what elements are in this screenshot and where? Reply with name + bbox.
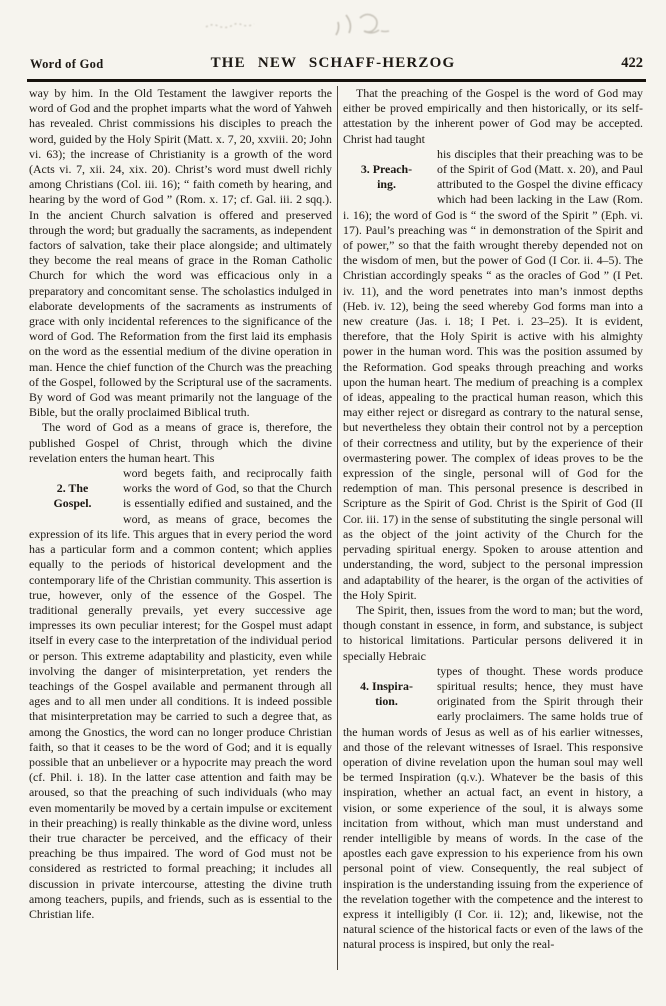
right-column: That the preaching of the Gospel is the … bbox=[343, 86, 643, 968]
section-heading-line: ing. bbox=[343, 177, 430, 192]
left-column: way by him. In the Old Testament the law… bbox=[29, 86, 332, 968]
scanned-page: Word of God THE NEW SCHAFF-HERZOG 422 wa… bbox=[0, 0, 666, 1006]
section-heading-3-preaching: 3. Preach- ing. bbox=[343, 147, 430, 208]
paragraph-continuation: way by him. In the Old Testament the law… bbox=[29, 86, 332, 420]
section-heading-line: 3. Preach- bbox=[343, 162, 430, 177]
section-heading-line: 4. Inspira- bbox=[343, 679, 430, 694]
paragraph-with-cut-in-head: 2. The Gospel. word begets faith, and re… bbox=[29, 466, 332, 922]
section-heading-line: Gospel. bbox=[29, 496, 116, 511]
header-rule bbox=[27, 79, 646, 82]
paragraph: The word of God as a means of grace is, … bbox=[29, 420, 332, 466]
column-divider-rule bbox=[337, 86, 338, 970]
pencil-smudge-marks bbox=[0, 0, 666, 60]
running-head: Word of God THE NEW SCHAFF-HERZOG 422 bbox=[0, 55, 666, 75]
running-head-title-center: THE NEW SCHAFF-HERZOG bbox=[0, 55, 666, 72]
paragraph-with-cut-in-head: 3. Preach- ing. his disciples that their… bbox=[343, 147, 643, 603]
section-heading-2-the-gospel: 2. The Gospel. bbox=[29, 466, 116, 527]
paragraph: That the preaching of the Gospel is the … bbox=[343, 86, 643, 147]
section-heading-line: tion. bbox=[343, 694, 430, 709]
section-heading-line: 2. The bbox=[29, 481, 116, 496]
paragraph-with-cut-in-head: 4. Inspira- tion. types of thought. Thes… bbox=[343, 664, 643, 953]
paragraph: The Spirit, then, issues from the word t… bbox=[343, 603, 643, 664]
paragraph-text: his disciples that their preaching was t… bbox=[343, 147, 643, 602]
paragraph-text: word begets faith, and reciprocally fait… bbox=[29, 466, 332, 921]
section-heading-4-inspiration: 4. Inspira- tion. bbox=[343, 664, 430, 725]
text-columns: way by him. In the Old Testament the law… bbox=[29, 86, 643, 970]
page-number: 422 bbox=[621, 55, 643, 72]
